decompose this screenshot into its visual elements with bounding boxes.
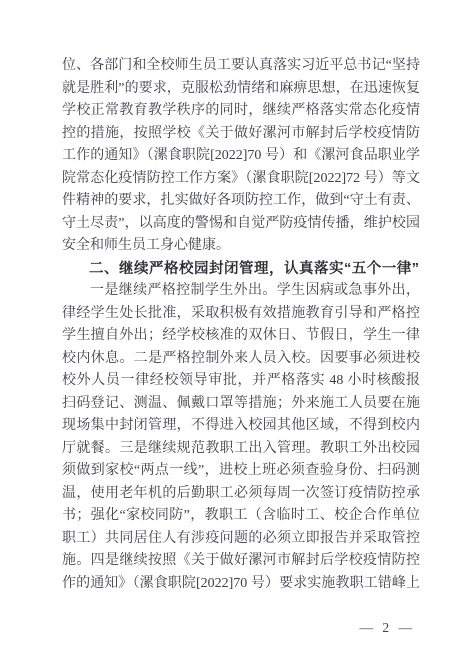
text-line: 扫码登记、测温、佩戴口罩等措施；外来施工人员要在施工 — [62, 393, 420, 416]
text-line: 厅就餐。三是继续规范教职工出入管理。教职工外出校园必 — [62, 438, 420, 461]
text-line: 件精神的要求，扎实做好各项防控工作，做到“守土有责、 — [62, 190, 420, 213]
text-line: 律经学生处长批准，采取积极有效措施教育引导和严格控制 — [62, 303, 420, 326]
text-line: 院常态化疫情防控工作方案》（漯食职院[2022]72 号）等文 — [62, 168, 420, 191]
text-line: 控的措施，按照学校《关于做好漯河市解封后学校疫情防控 — [62, 123, 420, 146]
text-line: 校内休息。二是严格控制外来人员入校。因要事必须进校的 — [62, 348, 420, 371]
text-line: 学生擅自外出；经学校核准的双休日、节假日，学生一律在 — [62, 325, 420, 348]
text-line: 作的通知》（漯食职院[2022]70 号）要求实施教职工错峰上 — [62, 573, 420, 596]
text-line: 职工）共同居住人有涉疫问题的必须立即报告并采取管控措 — [62, 528, 420, 551]
text-line: 安全和师生员工身心健康。 — [62, 235, 420, 258]
section-heading: 二、继续严格校园封闭管理，认真落实“五个一律” — [62, 258, 420, 281]
text-line: 一是继续严格控制学生外出。学生因病或急事外出，一 — [62, 280, 420, 303]
text-line: 就是胜利”的要求，克服松劲情绪和麻痹思想，在迅速恢复 — [62, 78, 420, 101]
text-line: 现场集中封闭管理，不得进入校园其他区域，不得到校内餐 — [62, 415, 420, 438]
page-number: — 2 — — [360, 620, 416, 636]
document-body: 位、各部门和全校师生员工要认真落实习近平总书记“坚持 就是胜利”的要求，克服松劲… — [62, 55, 420, 595]
text-line: 须做到家校“两点一线”，进校上班必须查验身份、扫码测 — [62, 460, 420, 483]
text-line: 施。四是继续按照《关于做好漯河市解封后学校疫情防控工 — [62, 550, 420, 573]
text-line: 守土尽责”，以高度的警惕和自觉严防疫情传播，维护校园 — [62, 213, 420, 236]
paragraph-1: 位、各部门和全校师生员工要认真落实习近平总书记“坚持 就是胜利”的要求，克服松劲… — [62, 55, 420, 258]
text-line: 工作的通知》（漯食职院[2022]70 号）和《漯河食品职业学 — [62, 145, 420, 168]
text-line: 学校正常教育教学秩序的同时，继续严格落实常态化疫情防 — [62, 100, 420, 123]
text-line: 书；强化“家校同防”，教职工（含临时工、校企合作单位 — [62, 505, 420, 528]
paragraph-2: 一是继续严格控制学生外出。学生因病或急事外出，一 律经学生处长批准，采取积极有效… — [62, 280, 420, 595]
document-page: 位、各部门和全校师生员工要认真落实习近平总书记“坚持 就是胜利”的要求，克服松劲… — [0, 0, 473, 666]
text-line: 温，使用老年机的后勤职工必须每周一次签订疫情防控承诺 — [62, 483, 420, 506]
text-line: 校外人员一律经校领导审批，并严格落实 48 小时核酸报告、 — [62, 370, 420, 393]
text-line: 位、各部门和全校师生员工要认真落实习近平总书记“坚持 — [62, 55, 420, 78]
